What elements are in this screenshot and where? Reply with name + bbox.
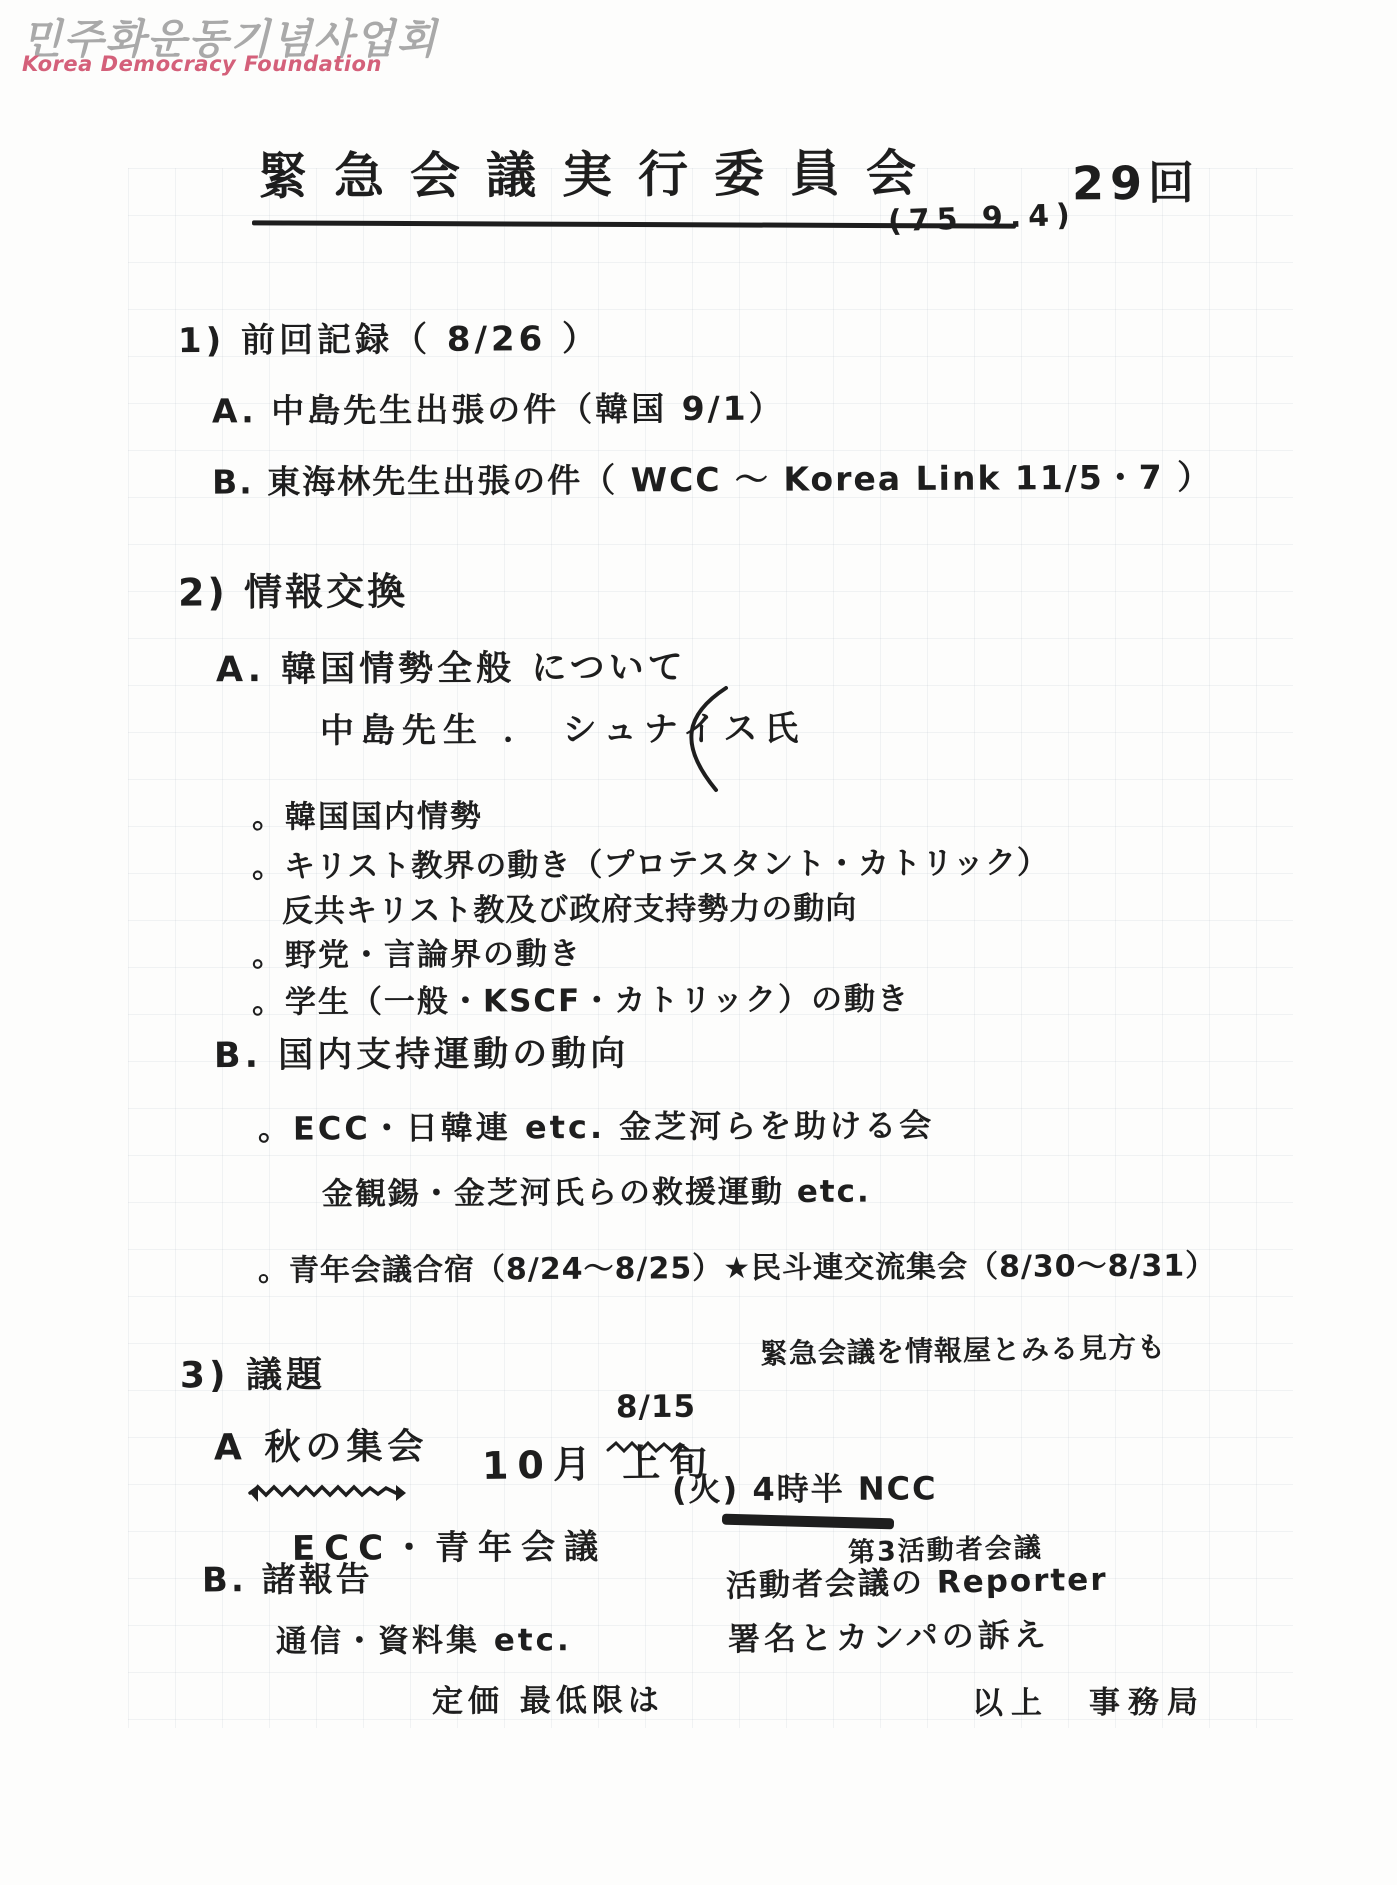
foundation-logo-english: Korea Democracy Foundation (22, 52, 382, 76)
closing-signature: 以上 事務局 (972, 1685, 1206, 1720)
support-bullet: 。ECC・日韓連 etc. 金芝河らを助ける会 (258, 1108, 934, 1147)
section1-item-a: A. 中島先生出張の件（韓国 9/1） (212, 391, 785, 430)
section1-heading: 1) 前回記録（ 8/26 ） (178, 321, 600, 361)
side-note-reporter: 活動者会議の Reporter (726, 1563, 1108, 1604)
section2-item-a: A. 韓国情勢全般 について (216, 649, 687, 690)
reports-detail: 通信・資料集 etc. (276, 1623, 572, 1659)
section2-item-b: B. 国内支持運動の動向 (214, 1035, 629, 1076)
reports-price-note: 定価 最低限は (432, 1683, 664, 1718)
margin-note: 緊急会議を情報屋とみる見方も (760, 1332, 1166, 1370)
section2-heading: 2) 情報交換 (178, 571, 408, 614)
topic-bullet: 。野党・言論界の動き (252, 937, 582, 973)
scanned-document-page: 민주화운동기념사업회 Korea Democracy Foundation 緊急… (0, 0, 1397, 1885)
section3-item-b: B. 諸報告 (202, 1562, 373, 1600)
topic-bullet: 。キリスト教界の動き（プロテスタント・カトリック） (252, 846, 1049, 884)
topic-bullet: 反共キリスト教及び政府支持勢力の動向 (282, 891, 858, 928)
support-bullet: 。青年会議合宿（8/24〜8/25）★民斗連交流集会（8/30〜8/31） (258, 1249, 1216, 1287)
topic-bullet: 。韓国国内情勢 (252, 799, 483, 834)
document-date: (75 9.4) (887, 199, 1077, 239)
section1-item-b: B. 東海林先生出張の件（ WCC 〜 Korea Link 11/5・7 ） (212, 459, 1212, 501)
topic-bullet: 。学生（一般・KSCF・カトリック）の動き (252, 982, 910, 1020)
heavy-underline (722, 1514, 894, 1530)
margin-note-date: 8/15 (616, 1390, 696, 1425)
section3-heading: 3) 議題 (180, 1356, 326, 1396)
session-number: 29回 (1072, 158, 1200, 209)
handwritten-brace-mark (664, 686, 742, 794)
support-bullet: 金観錫・金芝河氏らの救援運動 etc. (322, 1175, 871, 1212)
section3-item-a: A 秋の集会 (214, 1427, 429, 1468)
document-title: 緊急会議実行委員会 (258, 146, 942, 205)
side-note-signature-appeal: 署名とカンパの訴え (728, 1618, 1050, 1658)
wavy-arrow-underline (246, 1480, 410, 1506)
meeting-time-place: (火) 4時半 NCC (672, 1471, 938, 1508)
